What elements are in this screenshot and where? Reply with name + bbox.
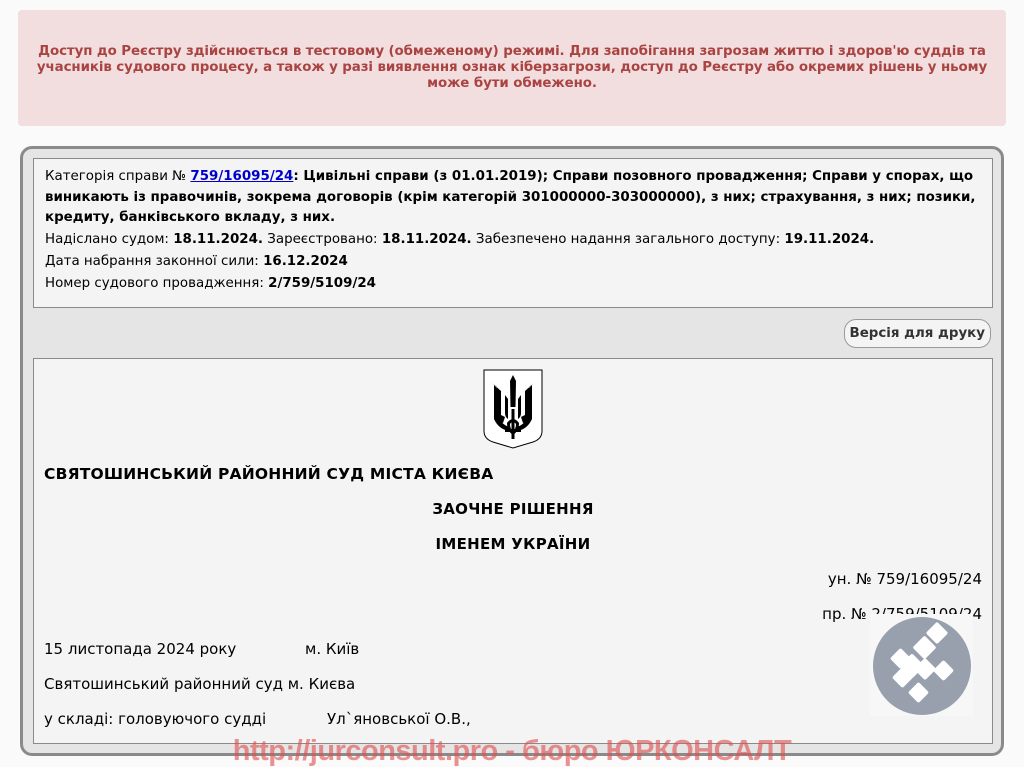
public-access-label: Забезпечено надання загального доступу: (476, 232, 780, 247)
court-title: СВЯТОШИНСЬКИЙ РАЙОННИЙ СУД МІСТА КИЄВА (44, 465, 493, 483)
case-number-link[interactable]: 759/16095/24 (190, 169, 293, 184)
in-name-of-ukraine: ІМЕНЕМ УКРАЇНИ (34, 535, 992, 553)
court-name: Святошинський районний суд м. Києва (44, 675, 355, 693)
access-notice-banner: Доступ до Реєстру здійснюється в тестово… (18, 10, 1006, 126)
dates-line: Надіслано судом: 18.11.2024. Зареєстрова… (45, 230, 981, 251)
access-notice-text: Доступ до Реєстру здійснюється в тестово… (18, 44, 1006, 92)
proceeding-line: Номер судового провадження: 2/759/5109/2… (45, 274, 981, 295)
registered-date: 18.11.2024. (382, 232, 472, 247)
effective-label: Дата набрання законної сили: (45, 254, 259, 269)
case-metadata-panel: Категорія справи № 759/16095/24: Цивільн… (33, 158, 993, 308)
sent-date: 18.11.2024. (173, 232, 263, 247)
decision-document: СВЯТОШИНСЬКИЙ РАЙОННИЙ СУД МІСТА КИЄВА З… (33, 358, 993, 744)
public-access-date: 19.11.2024. (784, 232, 874, 247)
registered-label: Зареєстровано: (267, 232, 377, 247)
proceeding-label: Номер судового провадження: (45, 276, 264, 291)
judge-name: Ул`яновської О.В., (327, 710, 471, 728)
ukraine-trident-emblem-icon (483, 369, 543, 449)
sent-label: Надіслано судом: (45, 232, 169, 247)
decision-title: ЗАОЧНЕ РІШЕННЯ (34, 500, 992, 518)
effective-date-line: Дата набрання законної сили: 16.12.2024 (45, 252, 981, 273)
decision-city: м. Київ (305, 640, 359, 658)
print-version-button[interactable]: Версія для друку (844, 319, 992, 348)
panel-label: у складі: головуючого судді (44, 710, 266, 728)
decision-frame: Категорія справи № 759/16095/24: Цивільн… (20, 146, 1004, 756)
puzzle-pieces-icon (873, 617, 971, 715)
unique-case-number: ун. № 759/16095/24 (828, 570, 982, 588)
category-label: Категорія справи № (45, 169, 186, 184)
effective-date: 16.12.2024 (263, 254, 348, 269)
proceeding-number: 2/759/5109/24 (268, 276, 376, 291)
puzzle-badge-icon[interactable] (870, 614, 973, 716)
case-category-line: Категорія справи № 759/16095/24: Цивільн… (45, 167, 981, 229)
decision-date: 15 листопада 2024 року (44, 640, 236, 658)
